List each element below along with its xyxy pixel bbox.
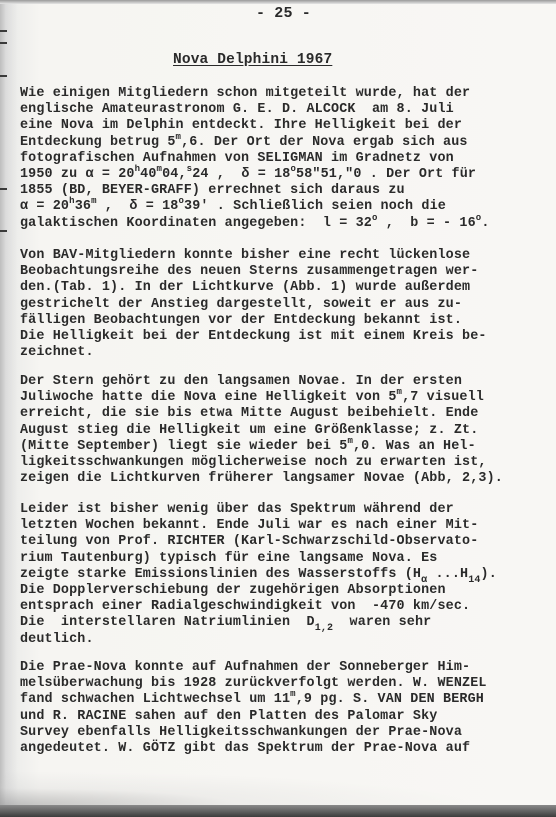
text-line: galaktischen Koordinaten angegeben: l = … [20,216,550,232]
text-line: Von BAV-Mitgliedern konnte bisher eine r… [20,248,550,264]
text-line: englische Amateurastronom G. E. D. ALCOC… [20,102,550,118]
scanned-page: - 25 - Nova Delphini 1967 Wie einigen Mi… [0,0,556,817]
text-line: rium Tautenburg) typisch für eine langsa… [20,551,550,567]
margin-tick [0,230,7,232]
text-line: gestrichelt der Anstieg dargestellt, sow… [20,297,550,313]
text-line: entsprach einer Radialgeschwindigkeit vo… [20,599,550,615]
paragraph-spectrum: Leider ist bisher wenig über das Spektru… [20,502,550,648]
text-line: Leider ist bisher wenig über das Spektru… [20,502,550,518]
text-line: August stieg die Helligkeit um eine Größ… [20,423,550,439]
scanner-edge [0,805,556,817]
text-line: und R. RACINE sahen auf den Platten des … [20,709,550,725]
text-line: Entdeckung betrug 5m,6. Der Ort der Nova… [20,135,550,151]
text-line: zeigen die Lichtkurven früherer langsame… [20,471,550,487]
text-line: melsüberwachung bis 1928 zurückverfolgt … [20,676,550,692]
margin-tick [0,188,7,190]
text-line: deutlich. [20,632,550,648]
margin-tick [0,30,7,32]
page-number: - 25 - [256,6,311,22]
text-line: eine Nova im Delphin entdeckt. Ihre Hell… [20,118,550,134]
text-line: α = 20h36m , δ = 18o39' . Schließlich se… [20,199,550,215]
text-line: 1950 zu α = 20h40m04,s24 , δ = 18o58"51,… [20,167,550,183]
paragraph-observations: Von BAV-Mitgliedern konnte bisher eine r… [20,248,550,361]
text-line: den.(Tab. 1). In der Lichtkurve (Abb. 1)… [20,280,550,296]
text-line: angedeutet. W. GÖTZ gibt das Spektrum de… [20,741,550,757]
text-line: zeichnet. [20,345,550,361]
margin-tick [0,42,7,44]
text-line: Die interstellaren Natriumlinien D1,2 wa… [20,615,550,631]
text-line: fälligen Beobachtungen vor der Entdeckun… [20,313,550,329]
text-line: Wie einigen Mitgliedern schon mitgeteilt… [20,86,550,102]
margin-tick [0,75,7,77]
page-shadow [0,765,556,805]
text-line: fotografischen Aufnahmen von SELIGMAN im… [20,151,550,167]
text-line: fand schwachen Lichtwechsel um 11m,9 pg.… [20,692,550,708]
text-line: zeigte starke Emissionslinien des Wasser… [20,567,550,583]
text-line: 1855 (BD, BEYER-GRAFF) errechnet sich da… [20,183,550,199]
text-line: Survey ebenfalls Helligkeitsschwankungen… [20,725,550,741]
text-line: Die Prae-Nova konnte auf Aufnahmen der S… [20,660,550,676]
document-title: Nova Delphini 1967 [173,52,332,68]
page-top-edge [0,0,556,4]
text-line: erreicht, die sie bis etwa Mitte August … [20,406,550,422]
text-line: ligkeitsschwankungen möglicherweise noch… [20,455,550,471]
text-line: teilung von Prof. RICHTER (Karl-Schwarzs… [20,534,550,550]
text-line: Juliwoche hatte die Nova eine Helligkeit… [20,390,550,406]
text-line: Die Helligkeit bei der Entdeckung ist mi… [20,329,550,345]
paragraph-lightcurve: Der Stern gehört zu den langsamen Novae.… [20,374,550,487]
text-line: Beobachtungsreihe des neuen Sterns zusam… [20,264,550,280]
text-line: (Mitte September) liegt sie wieder bei 5… [20,439,550,455]
text-line: Der Stern gehört zu den langsamen Novae.… [20,374,550,390]
paragraph-discovery: Wie einigen Mitgliedern schon mitgeteilt… [20,86,550,232]
text-line: letzten Wochen bekannt. Ende Juli war es… [20,518,550,534]
paragraph-prae-nova: Die Prae-Nova konnte auf Aufnahmen der S… [20,660,550,757]
